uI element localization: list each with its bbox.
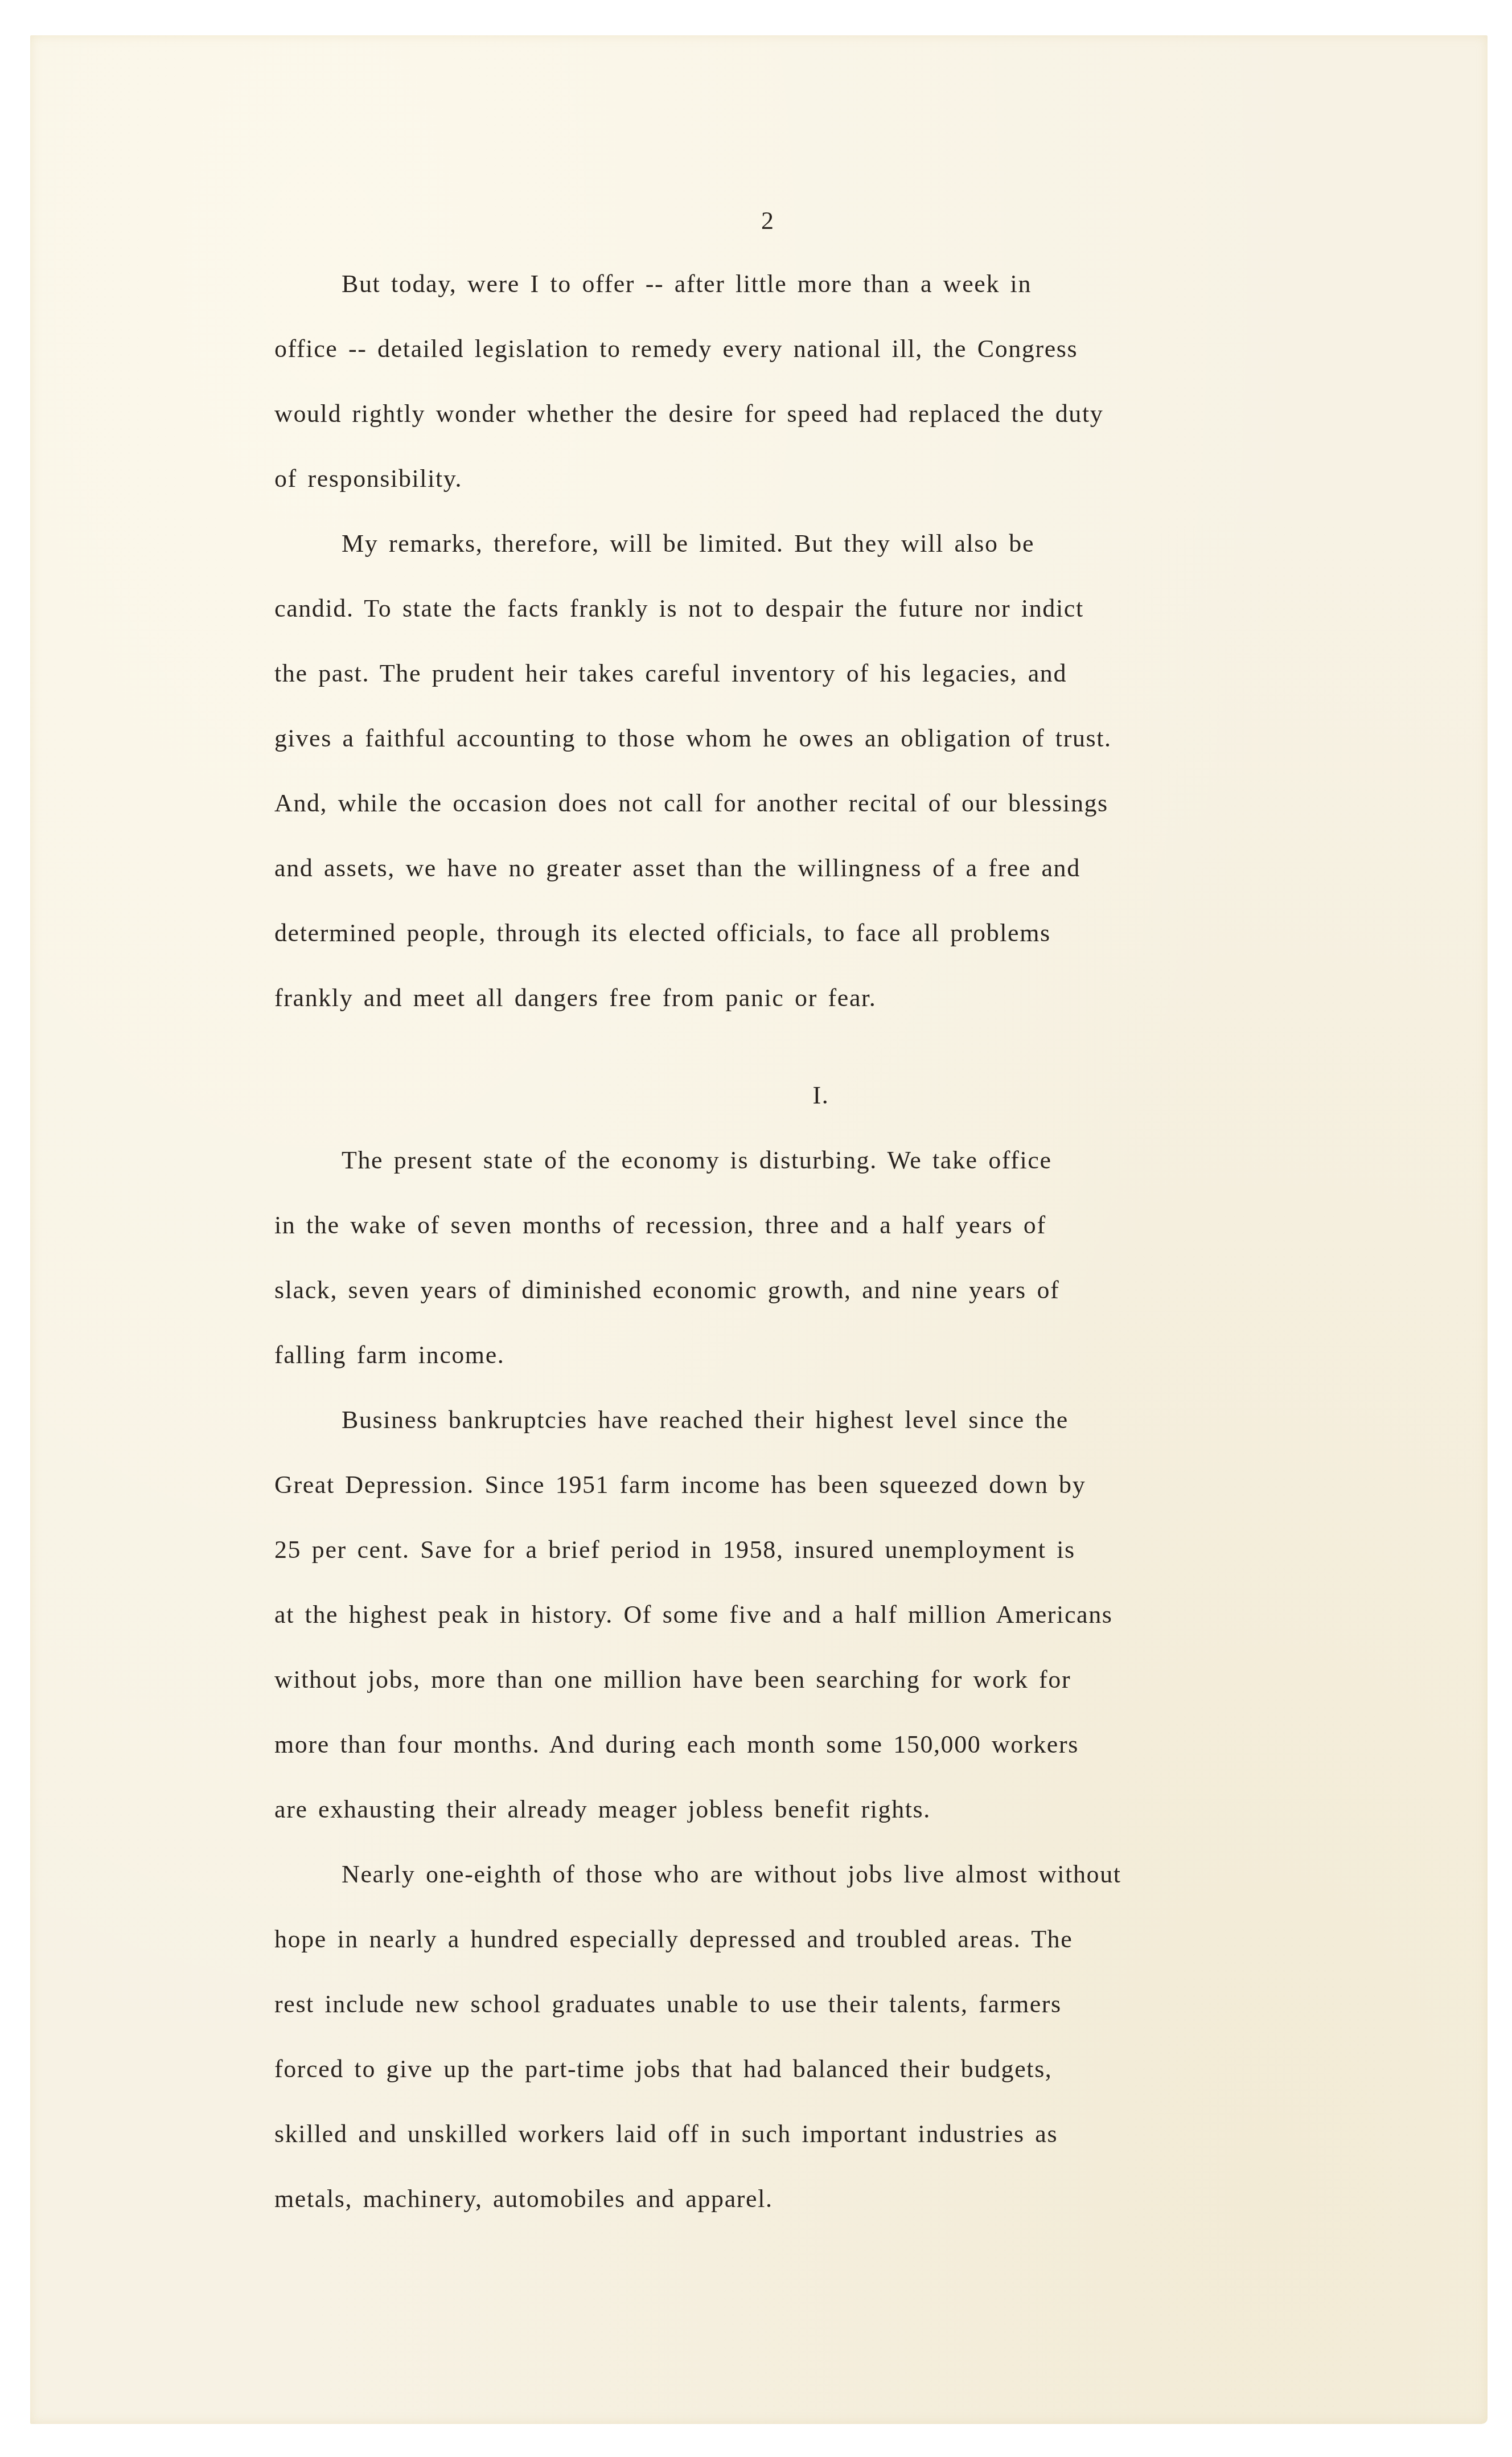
text-line: forced to give up the part-time jobs tha… — [274, 2037, 1384, 2102]
text-line: the past. The prudent heir takes careful… — [274, 641, 1384, 706]
text-line: determined people, through its elected o… — [274, 901, 1384, 966]
text-line: Business bankruptcies have reached their… — [274, 1388, 1384, 1453]
text-line: Nearly one-eighth of those who are witho… — [274, 1842, 1384, 1907]
paragraph: The present state of the economy is dist… — [274, 1128, 1384, 1388]
section-heading: I. — [274, 1063, 1384, 1128]
text-line: candid. To state the facts frankly is no… — [274, 576, 1384, 641]
text-line: gives a faithful accounting to those who… — [274, 706, 1384, 771]
text-line: skilled and unskilled workers laid off i… — [274, 2102, 1384, 2167]
text-line: office -- detailed legislation to remedy… — [274, 317, 1384, 382]
text-line: frankly and meet all dangers free from p… — [274, 966, 1384, 1031]
text-line: slack, seven years of diminished economi… — [274, 1258, 1384, 1323]
text-line: of responsibility. — [274, 446, 1384, 511]
paragraph: My remarks, therefore, will be limited. … — [274, 511, 1384, 1031]
text-line: and assets, we have no greater asset tha… — [274, 836, 1384, 901]
paragraph: Nearly one-eighth of those who are witho… — [274, 1842, 1384, 2232]
text-line: The present state of the economy is dist… — [274, 1128, 1384, 1193]
paragraph: But today, were I to offer -- after litt… — [274, 252, 1384, 511]
text-line: more than four months. And during each m… — [274, 1712, 1384, 1777]
document-body: But today, were I to offer -- after litt… — [274, 252, 1384, 2232]
text-line: without jobs, more than one million have… — [274, 1647, 1384, 1712]
document-page: 2 But today, were I to offer -- after li… — [30, 35, 1488, 2424]
page-number: 2 — [47, 206, 1488, 235]
text-line: My remarks, therefore, will be limited. … — [274, 511, 1384, 576]
text-line: metals, machinery, automobiles and appar… — [274, 2167, 1384, 2232]
text-line: falling farm income. — [274, 1323, 1384, 1388]
text-line: 25 per cent. Save for a brief period in … — [274, 1517, 1384, 1582]
text-line: But today, were I to offer -- after litt… — [274, 252, 1384, 317]
text-line: at the highest peak in history. Of some … — [274, 1582, 1384, 1647]
text-line: would rightly wonder whether the desire … — [274, 382, 1384, 446]
paragraph: Business bankruptcies have reached their… — [274, 1388, 1384, 1842]
text-line: in the wake of seven months of recession… — [274, 1193, 1384, 1258]
text-line: And, while the occasion does not call fo… — [274, 771, 1384, 836]
text-line: rest include new school graduates unable… — [274, 1972, 1384, 2037]
text-line: are exhausting their already meager jobl… — [274, 1777, 1384, 1842]
text-line: Great Depression. Since 1951 farm income… — [274, 1453, 1384, 1517]
text-line: hope in nearly a hundred especially depr… — [274, 1907, 1384, 1972]
